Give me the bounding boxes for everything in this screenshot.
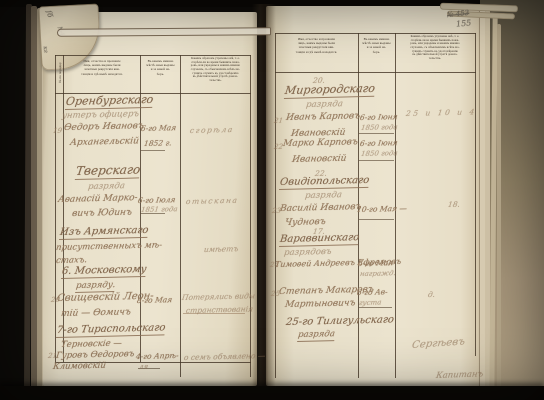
heading-text: Вараввинскаго bbox=[279, 232, 360, 247]
entry-name: Гуровъ Ѳедоровъ bbox=[55, 349, 135, 361]
section-line: стахъ. bbox=[55, 255, 88, 266]
column-header-number: № по порядку. bbox=[58, 54, 62, 90]
header-line: тельствъ. bbox=[182, 79, 249, 83]
entry-date: 1851 года bbox=[140, 205, 178, 214]
section-subheading: разряда bbox=[305, 99, 343, 110]
section-subheading: разряда bbox=[297, 329, 335, 340]
entry-note: странствованія bbox=[185, 304, 253, 315]
entry-date: густа bbox=[358, 298, 381, 307]
section-subheading: разрядовъ bbox=[283, 247, 332, 258]
table-rule bbox=[275, 72, 476, 73]
table-rule bbox=[475, 33, 476, 356]
table-rule bbox=[180, 55, 181, 377]
section-heading: Оренбургскаго bbox=[65, 93, 154, 108]
section-heading: 7-го Тираспольскаго bbox=[56, 322, 166, 336]
entry-name: Аѳанасій Марко- bbox=[57, 193, 138, 205]
column-header-name: Имя, отчество и прозваніе лицъ, коимъ вы… bbox=[65, 59, 139, 76]
section-heading: Овидіопольскаго bbox=[279, 175, 370, 188]
cell-separator bbox=[359, 219, 394, 220]
header-line: танціи и гдѣ нынѣ находятся. bbox=[277, 50, 356, 54]
entry-note: д. bbox=[427, 290, 435, 299]
entry-date: награжд. bbox=[359, 269, 396, 278]
header-line: боръ. bbox=[142, 72, 179, 76]
column-header-how-lost: Какимъ образомъ утрачены онѣ, т. е. сгор… bbox=[182, 57, 249, 82]
entry-date: 4-го Апрѣ- bbox=[135, 351, 179, 361]
entry-date: 10-го Мая — bbox=[356, 204, 407, 214]
loose-sheet-edge bbox=[57, 27, 271, 36]
heading-text: 7-го Тираспольскаго bbox=[56, 322, 166, 338]
cell-separator bbox=[141, 150, 165, 151]
entry-note: 18. bbox=[447, 200, 460, 209]
entry-date: 6-го Мая bbox=[140, 123, 176, 133]
entry-date: 6-го Іюня bbox=[359, 138, 398, 148]
heading-text: Овидіопольскаго bbox=[279, 175, 370, 190]
entry-name: Архангельскій bbox=[69, 136, 139, 148]
entry-date: 8-го Мая bbox=[136, 295, 172, 305]
table-rule bbox=[275, 33, 276, 378]
cell-separator bbox=[359, 307, 392, 308]
entry-date: 1852 г. bbox=[143, 138, 172, 148]
heading-text: Миргородскаго bbox=[284, 82, 376, 99]
entry-name: Терновскіе — bbox=[60, 339, 122, 350]
entry-date: 1850 года bbox=[360, 123, 398, 132]
row-number: 19 bbox=[52, 127, 62, 135]
right-page-edge-4 bbox=[497, 24, 501, 396]
heading-text: Изъ Армянскаго bbox=[59, 225, 149, 240]
heading-text: Тверскаго bbox=[75, 162, 141, 180]
column-header-how-lost: Какимъ образомъ утрачены онѣ, т. е. сгор… bbox=[397, 35, 473, 60]
row-number: 21 bbox=[273, 117, 283, 125]
entry-name: Мартыновичъ bbox=[284, 298, 356, 310]
entry-date: 6-го Мая bbox=[357, 258, 393, 268]
cell-separator bbox=[359, 133, 394, 134]
bottom-shadow-band bbox=[0, 386, 544, 400]
entry-name: тій — Ѳомичъ bbox=[60, 307, 131, 319]
section-heading: Вараввинскаго bbox=[279, 232, 360, 245]
gutter-shadow bbox=[252, 4, 276, 388]
column-header-place: Въ какомъ именно мѣстѣ оныя выданы и за … bbox=[360, 37, 393, 54]
entry-name: Климовскій bbox=[52, 361, 106, 372]
entry-note: Потерялись виды bbox=[181, 291, 255, 302]
section-heading: Тверскаго bbox=[75, 162, 141, 178]
entry-date: 6-го Ав- bbox=[356, 287, 388, 297]
header-line: боръ. bbox=[360, 50, 393, 54]
heading-text: разряда bbox=[297, 329, 335, 342]
entry-name: Марко Карповъ bbox=[282, 137, 358, 149]
entry-date: 6-го Іюня bbox=[359, 112, 398, 122]
section-heading: Миргородскаго bbox=[284, 82, 376, 97]
entry-note: имѣетъ bbox=[203, 244, 239, 254]
entry-note: сгорѣла bbox=[189, 125, 234, 135]
folio-number: 155 bbox=[456, 18, 472, 28]
column-header-place: Въ какомъ именно мѣстѣ оныя выданы и за … bbox=[142, 59, 179, 76]
header-line: тельствъ. bbox=[397, 57, 473, 61]
archival-register-scan: ſб №4 кг № по порядку. Имя, отчество и п… bbox=[0, 0, 544, 400]
edge-signature: Капитанъ bbox=[435, 369, 484, 381]
entry-name: Ѳедоръ Ивановъ bbox=[63, 121, 144, 133]
entry-name: вичъ Юдинъ bbox=[71, 208, 132, 219]
entry-date: 6-го Іюля bbox=[137, 195, 176, 205]
heading-text: Оренбургскаго bbox=[65, 93, 154, 110]
entry-date: ля bbox=[138, 363, 148, 371]
table-rule bbox=[250, 55, 251, 377]
cell-separator bbox=[359, 160, 394, 161]
entry-name: Ивановскій bbox=[291, 154, 347, 165]
section-subheading: унтеръ офицеръ bbox=[61, 109, 139, 121]
section-subheading: разряду. bbox=[75, 280, 116, 291]
entry-name: Василій Ивановъ bbox=[279, 202, 362, 214]
section-heading: Изъ Армянскаго bbox=[59, 225, 149, 238]
heading-text: 6. Московскому bbox=[61, 264, 147, 279]
header-line: танціи и гдѣ нынѣ находятся. bbox=[65, 72, 139, 76]
column-header-name: Имя, отчество и прозваніе лицъ, коимъ вы… bbox=[277, 37, 356, 54]
entry-note: отыскана bbox=[185, 196, 239, 206]
pencil-scribble: кг bbox=[41, 46, 49, 53]
entry-date: 1850 года bbox=[360, 149, 398, 158]
section-subheading: разряда bbox=[87, 181, 125, 192]
table-rule bbox=[55, 55, 56, 362]
section-subheading: разряда bbox=[304, 190, 342, 201]
entry-note: 25 и 10 и 4 bbox=[405, 107, 477, 118]
entry-name: Иванъ Карповъ bbox=[285, 111, 360, 123]
section-heading: 6. Московскому bbox=[61, 264, 147, 277]
